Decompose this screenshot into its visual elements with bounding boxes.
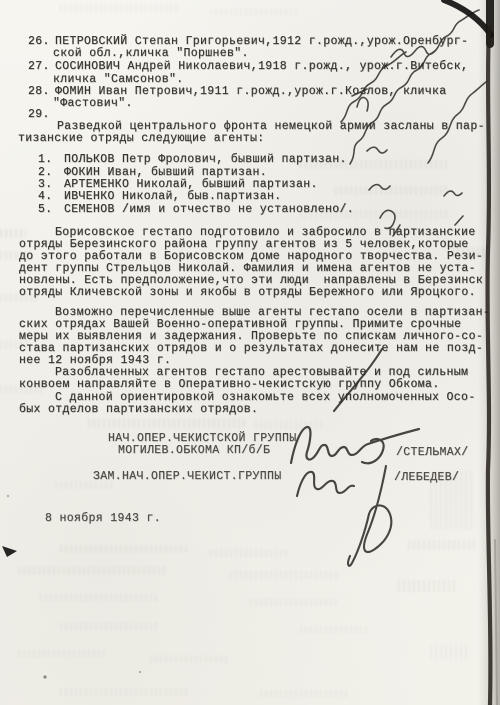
bleed-through-smudge (0, 385, 42, 394)
scanned-document-page: 26. ПЕТРОВСКИЙ Степан Григорьевич,1912 г… (0, 0, 500, 705)
list-item-number: 4. (38, 191, 53, 203)
bleed-through-smudge (300, 626, 370, 634)
bleed-through-smudge (0, 251, 34, 260)
margin-arrow-mark (2, 546, 17, 557)
bleed-through-smudge (335, 186, 450, 195)
bleed-through-smudge (250, 598, 340, 606)
body-paragraph-line: бых отделов партизанских отрядов. (19, 404, 258, 416)
bleed-through-smudge (150, 655, 230, 663)
bleed-through-smudge (60, 622, 160, 630)
bleed-through-smudge (398, 580, 458, 592)
list-item-number: 1. (38, 154, 53, 166)
bleed-through-smudge (260, 690, 350, 698)
agent-list-entry: ИВЧЕНКО Николай, быв.партизан. (64, 191, 282, 203)
bleed-through-smudge (430, 645, 470, 659)
bleed-through-smudge (0, 293, 40, 302)
bleed-through-smudge (300, 160, 450, 169)
bleed-through-smudge (430, 470, 475, 530)
bleed-through-smudge (88, 419, 248, 428)
list-item-number: 26. (28, 36, 50, 48)
bleed-through-smudge (18, 566, 168, 575)
date-line: 8 ноября 1943 г. (45, 513, 161, 525)
bleed-through-smudge (0, 229, 26, 238)
signature-title-line: МОГИЛЕВ.ОБКОМА КП/б/Б (118, 445, 270, 457)
agent-record-continuation: "Фастович". (53, 98, 133, 110)
bleed-through-smudge (60, 4, 180, 12)
bleed-through-smudge (55, 481, 115, 489)
bleed-through-smudge (40, 594, 160, 602)
bleed-through-smudge (300, 210, 450, 219)
list-item-number: 28. (28, 86, 50, 98)
bleed-through-smudge (60, 545, 190, 553)
list-item-number: 5. (38, 204, 53, 216)
bleed-through-smudge (60, 688, 190, 696)
list-item-number: 29. (28, 109, 50, 121)
signature-title-line: ЗАМ.НАЧ.ОПЕР.ЧЕКИСТ.ГРУППЫ (93, 471, 282, 483)
bleed-through-smudge (230, 571, 340, 579)
list-item-number: 27. (28, 61, 50, 73)
bleed-through-smudge (0, 340, 30, 349)
agent-record-continuation: ской обл.,кличка "Поршнев". (53, 48, 249, 60)
page-edge-shadow (478, 0, 500, 705)
bleed-through-smudge (210, 549, 290, 557)
bleed-through-smudge (210, 8, 300, 16)
body-paragraph-line: конвоем направляйте в Оперативно-чекистс… (19, 379, 440, 391)
bleed-through-smudge (408, 540, 478, 550)
body-paragraph-line: отряды Кличевской зоны и якобы в отряды … (19, 287, 476, 299)
bleed-through-smudge (255, 421, 325, 429)
agent-record-line: СОСИНОВИЧ Андрей Николаевич,1918 г.рожд.… (55, 61, 468, 73)
signature-name: /СТЕЛЬМАХ/ (396, 447, 469, 459)
bleed-through-smudge (18, 650, 108, 658)
intro-paragraph-line: тизанские отряды следующие агенты: (18, 133, 265, 145)
